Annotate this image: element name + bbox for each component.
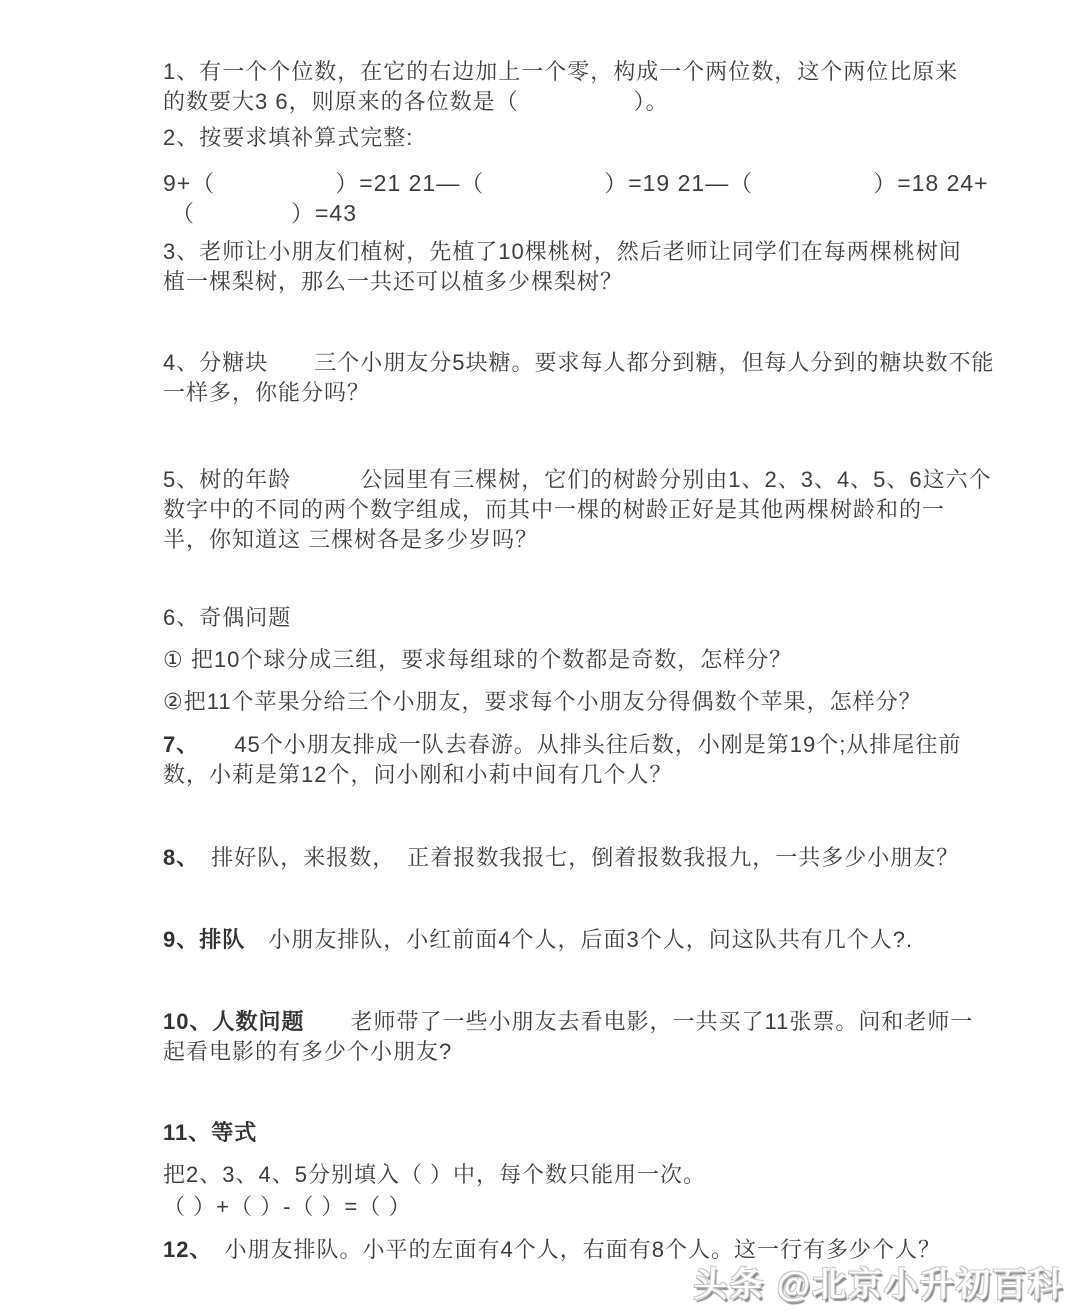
problem-1: 1、有一个个位数，在它的右边加上一个零，构成一个两位数，这个两位比原来 的数要大…: [163, 57, 1040, 117]
problem-11: 11、等式: [163, 1118, 1040, 1148]
problem-5-line-2: 数字中的不同的两个数字组成，而其中一棵的树龄正好是其他两棵树龄和的一: [163, 495, 1040, 525]
problem-5: 5、树的年龄 公园里有三棵树，它们的树龄分别由1、2、3、4、5、6这六个 数字…: [163, 465, 1040, 555]
problem-9-line: 9、排队 小朋友排队，小红前面4个人，后面3个人，问这队共有几个人?.: [163, 925, 1040, 955]
problem-6-item-2: ②把11个苹果分给三个小朋友，要求每个小朋友分得偶数个苹果，怎样分？: [163, 687, 1040, 717]
problem-5-line-3: 半，你知道这 三棵树各是多少岁吗？: [163, 525, 1040, 555]
problem-8-number: 8、: [163, 845, 188, 870]
toutiao-watermark: 头条 @北京小升初百科: [693, 1257, 1064, 1306]
problem-10-line-1: 10、人数问题 老师带了一些小朋友去看电影，一共买了11张票。问和老师一: [163, 1007, 1040, 1037]
problem-2-equations: 9+（ ）=21 21—（ ）=19 21—（ ）=18 24+ （ ）=43: [163, 168, 1040, 228]
problem-10-line-2: 起看电影的有多少个小朋友?: [163, 1037, 1040, 1067]
problem-9: 9、排队 小朋友排队，小红前面4个人，后面3个人，问这队共有几个人?.: [163, 925, 1040, 955]
problem-7-text: 45个小朋友排成一队去春游。从排头往后数，小刚是第19个;从排尾往前: [188, 732, 961, 757]
problem-3-line-2: 植一棵梨树，那么一共还可以植多少棵梨树？: [163, 267, 1040, 297]
problem-2: 2、按要求填补算式完整:: [163, 123, 1040, 153]
problem-4: 4、分糖块 三个小朋友分5块糖。要求每人都分到糖，但每人分到的糖块数不能 一样多…: [163, 348, 1040, 408]
problem-7-line-1: 7、 45个小朋友排成一队去春游。从排头往后数，小刚是第19个;从排尾往前: [163, 730, 1040, 760]
problem-6-item-1-text: ① 把10个球分成三组，要求每组球的个数都是奇数，怎样分？: [163, 645, 1040, 675]
problem-12-number: 12、: [163, 1237, 201, 1262]
problem-11-equation: （ ）+（ ）-（ ）=（ ）: [163, 1192, 1040, 1222]
worksheet-page: 1、有一个个位数，在它的右边加上一个零，构成一个两位数，这个两位比原来 的数要大…: [0, 0, 1080, 1265]
problem-6: 6、奇偶问题: [163, 603, 1040, 633]
problem-6-title: 6、奇偶问题: [163, 603, 1040, 633]
problem-3-line-1: 3、老师让小朋友们植树，先植了10棵桃树，然后老师让同学们在每两棵桃树间: [163, 237, 1040, 267]
equation-line-1: 9+（ ）=21 21—（ ）=19 21—（ ）=18 24+: [163, 168, 1040, 198]
problem-1-line-1: 1、有一个个位数，在它的右边加上一个零，构成一个两位数，这个两位比原来: [163, 57, 1040, 87]
problem-10: 10、人数问题 老师带了一些小朋友去看电影，一共买了11张票。问和老师一 起看电…: [163, 1007, 1040, 1067]
problem-10-text: 老师带了一些小朋友去看电影，一共买了11张票。问和老师一: [304, 1009, 973, 1034]
problem-7: 7、 45个小朋友排成一队去春游。从排头往后数，小刚是第19个;从排尾往前 数，…: [163, 730, 1040, 790]
problem-9-text: 小朋友排队，小红前面4个人，后面3个人，问这队共有几个人?.: [245, 927, 913, 952]
problem-8-line: 8、 排好队，来报数， 正着报数我报七，倒着报数我报九，一共多少小朋友？: [163, 843, 1040, 873]
problem-8-text: 排好队，来报数， 正着报数我报七，倒着报数我报九，一共多少小朋友？: [188, 845, 959, 870]
problem-6-item-2-text: ②把11个苹果分给三个小朋友，要求每个小朋友分得偶数个苹果，怎样分？: [163, 687, 1040, 717]
equation-line-2: （ ）=43: [163, 198, 1040, 228]
problem-4-line-2: 一样多，你能分吗？: [163, 378, 1040, 408]
problem-5-line-1: 5、树的年龄 公园里有三棵树，它们的树龄分别由1、2、3、4、5、6这六个: [163, 465, 1040, 495]
problem-4-line-1: 4、分糖块 三个小朋友分5块糖。要求每人都分到糖，但每人分到的糖块数不能: [163, 348, 1040, 378]
problem-11-title: 11、等式: [163, 1118, 1040, 1148]
problem-7-number: 7、: [163, 732, 188, 757]
problem-1-line-2: 的数要大3 6，则原来的各位数是（ ）。: [163, 87, 1040, 117]
problem-2-title: 2、按要求填补算式完整:: [163, 123, 1040, 153]
problem-6-item-1: ① 把10个球分成三组，要求每组球的个数都是奇数，怎样分？: [163, 645, 1040, 675]
problem-11-text: 把2、3、4、5分别填入（ ）中，每个数只能用一次。: [163, 1160, 1040, 1190]
problem-8: 8、 排好队，来报数， 正着报数我报七，倒着报数我报九，一共多少小朋友？: [163, 843, 1040, 873]
problem-9-number-label: 9、排队: [163, 927, 245, 952]
problem-11-body: 把2、3、4、5分别填入（ ）中，每个数只能用一次。: [163, 1160, 1040, 1190]
problem-7-line-2: 数，小莉是第12个，问小刚和小莉中间有几个人？: [163, 760, 1040, 790]
problem-10-number-label: 10、人数问题: [163, 1009, 304, 1034]
problem-11-equation-text: （ ）+（ ）-（ ）=（ ）: [163, 1192, 1040, 1222]
problem-3: 3、老师让小朋友们植树，先植了10棵桃树，然后老师让同学们在每两棵桃树间 植一棵…: [163, 237, 1040, 297]
